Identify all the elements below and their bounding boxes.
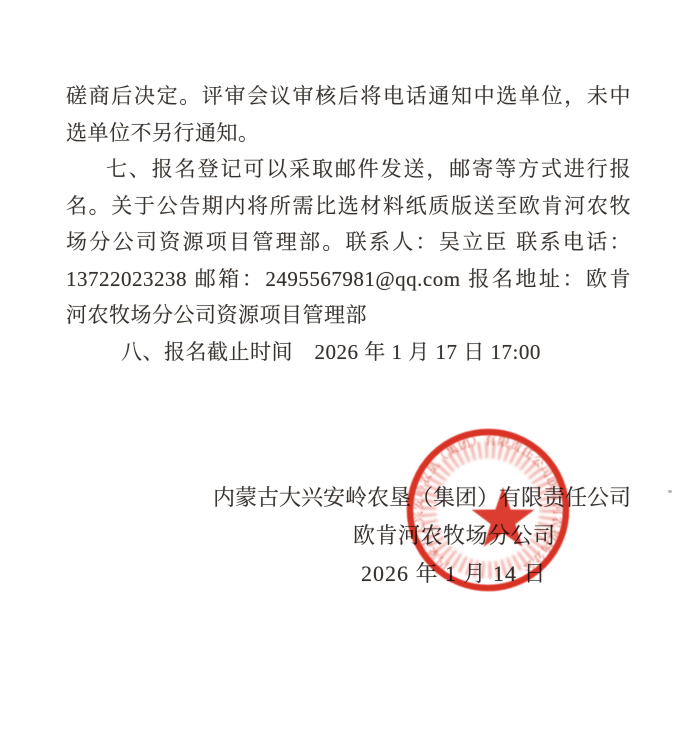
body-line-3: 七、报名登记可以采取邮件发送，邮寄等方式进行报	[66, 151, 631, 188]
signature-date: 2026 年 1 月 14 日	[361, 560, 547, 588]
body-line-1: 磋商后决定。评审会议审核后将电话通知中选单位，未中	[66, 78, 631, 115]
body-line-6: 13722023238 邮箱：2495567981@qq.com 报名地址：欧肯	[66, 261, 631, 298]
scan-speck	[668, 490, 672, 493]
scanned-document-page: 磋商后决定。评审会议审核后将电话通知中选单位，未中 选单位不另行通知。 七、报名…	[0, 0, 691, 749]
body-line-5: 场分公司资源项目管理部。联系人：吴立臣 联系电话：	[66, 224, 631, 261]
body-line-8: 八、报名截止时间 2026 年 1 月 17 日 17:00	[66, 334, 631, 371]
signature-branch-name: 欧肯河农牧场分公司	[353, 522, 556, 550]
body-line-4: 名。关于公告期内将所需比选材料纸质版送至欧肯河农牧	[66, 188, 631, 225]
body-line-2: 选单位不另行通知。	[66, 115, 631, 152]
body-line-7: 河农牧场分公司资源项目管理部	[66, 297, 631, 334]
signature-company-name: 内蒙古大兴安岭农垦（集团）有限责任公司	[213, 484, 631, 512]
announcement-body: 磋商后决定。评审会议审核后将电话通知中选单位，未中 选单位不另行通知。 七、报名…	[66, 78, 631, 370]
